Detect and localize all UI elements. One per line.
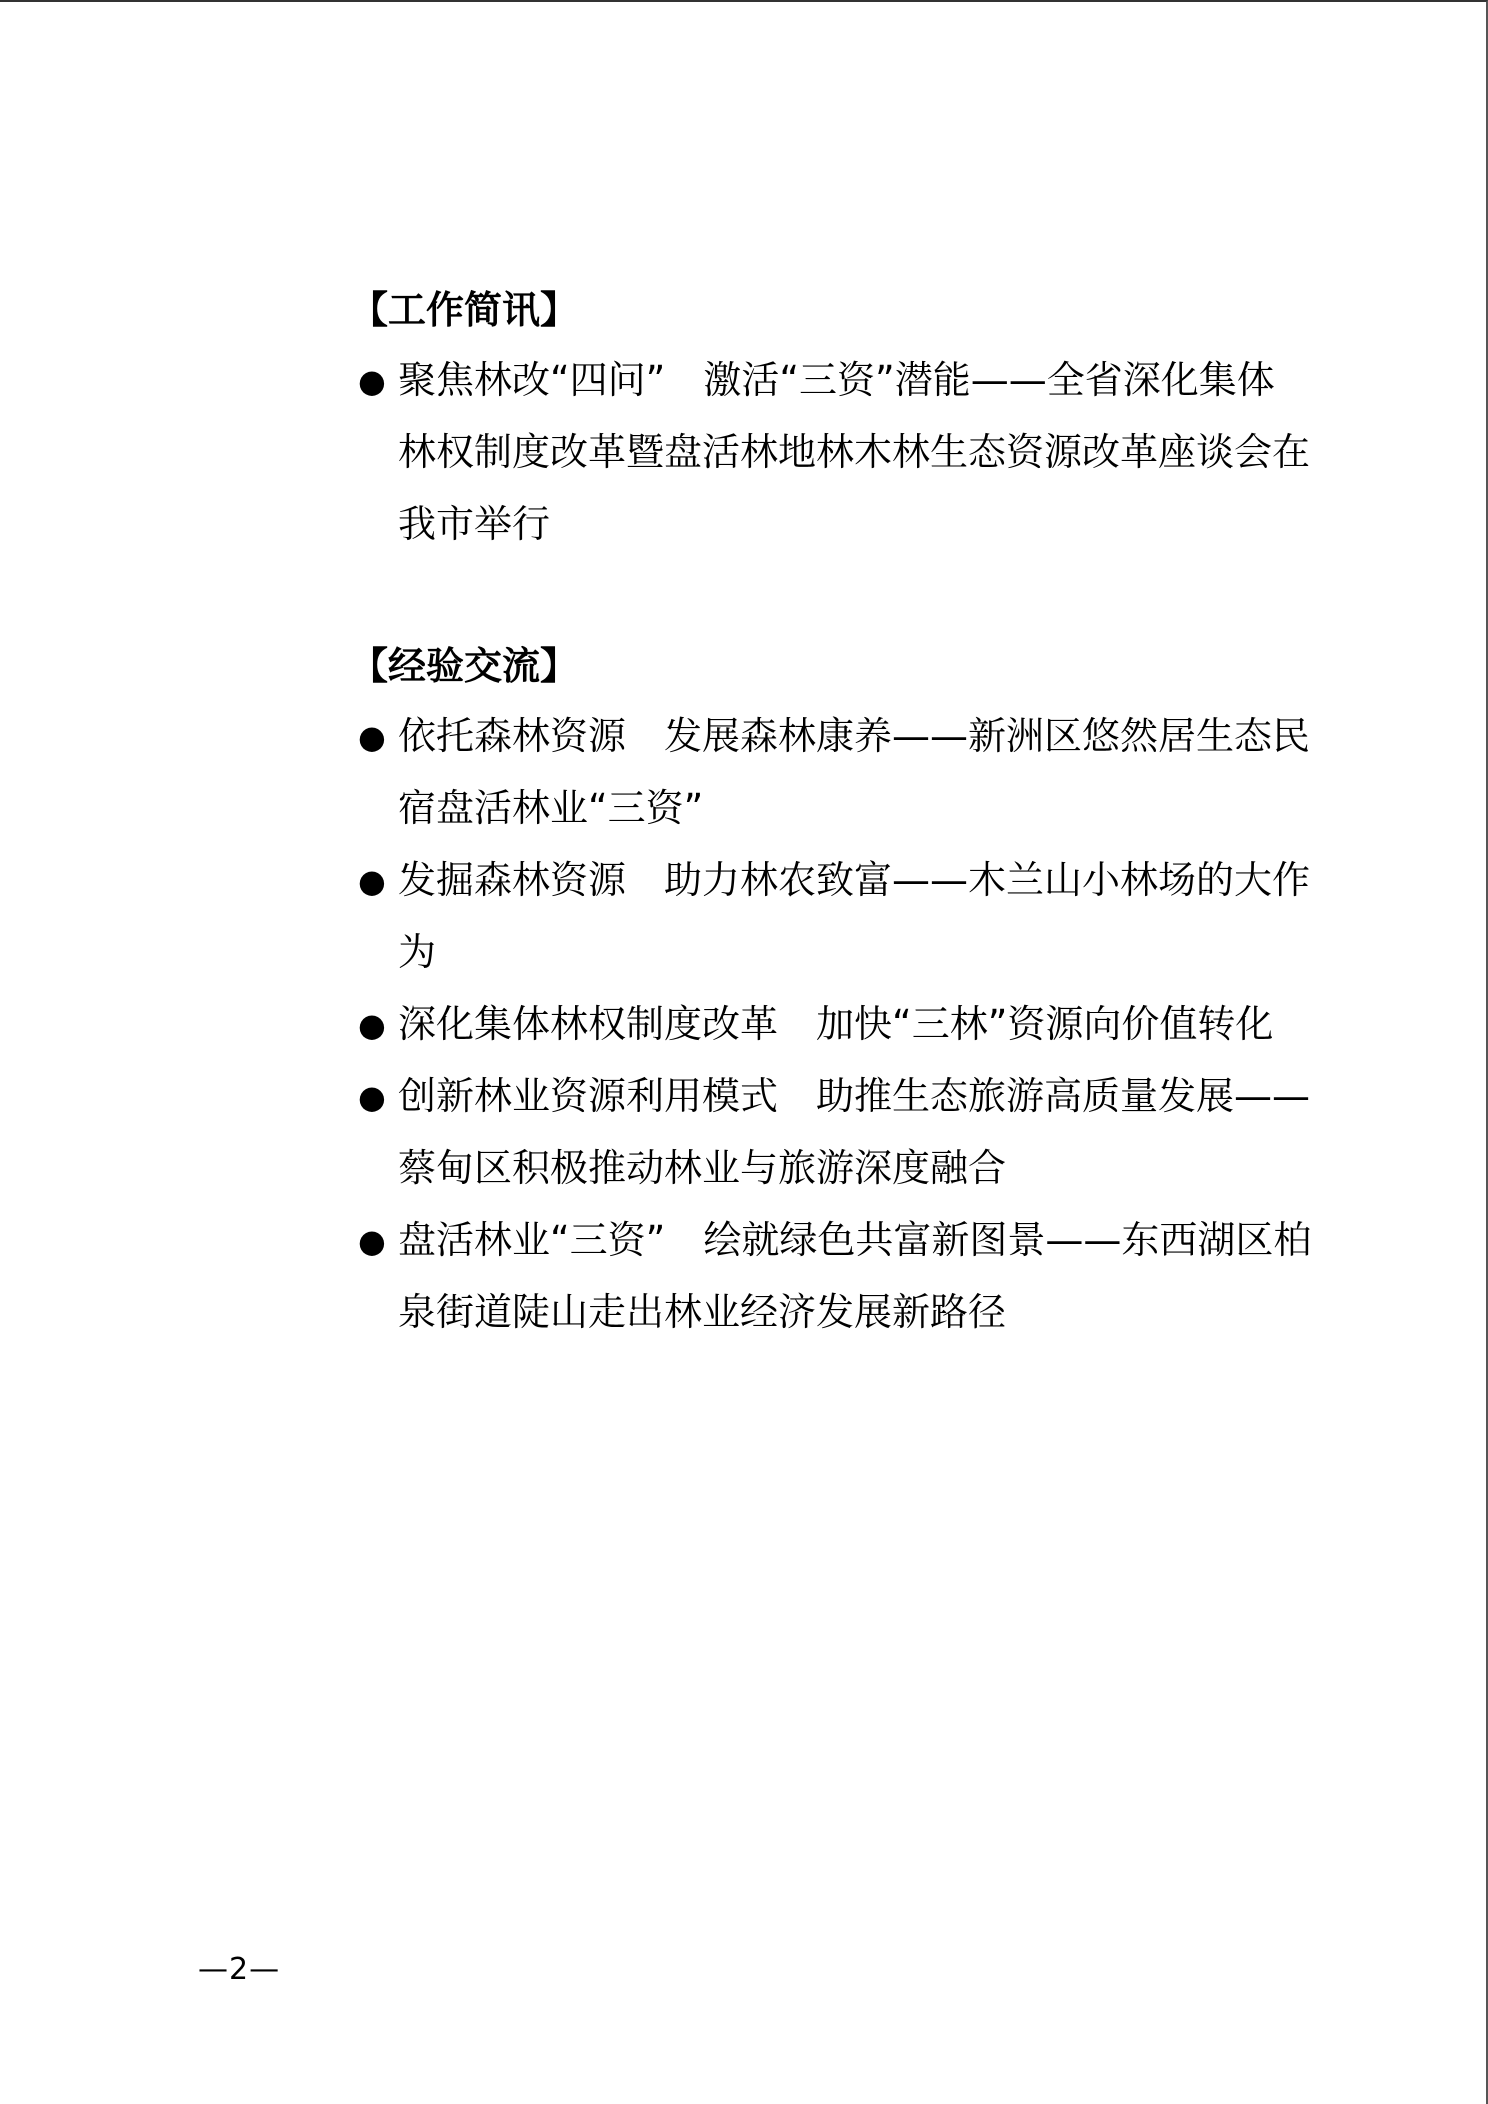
bullet-icon: ● xyxy=(358,700,386,774)
item-text: 创新林业资源利用模式 助推生态旅游高质量发展——蔡甸区积极推动林业与旅游深度融合 xyxy=(398,1074,1310,1190)
section-experience-exchange: 【经验交流】 ● 依托森林资源 发展森林康养——新洲区悠然居生态民宿盘活林业“三… xyxy=(352,634,1312,1348)
section-work-briefs: 【工作简讯】 ● 聚焦林改“四问” 激活“三资”潜能——全省深化集体林权制度改革… xyxy=(352,278,1312,560)
list-item: ● 深化集体林权制度改革 加快“三林”资源向价值转化 xyxy=(352,988,1312,1060)
bullet-icon: ● xyxy=(358,1060,386,1134)
page-number: —2— xyxy=(198,1950,280,1990)
bullet-icon: ● xyxy=(358,844,386,918)
item-text: 盘活林业“三资” 绘就绿色共富新图景——东西湖区柏泉街道陡山走出林业经济发展新路… xyxy=(398,1218,1311,1334)
list-item: ● 盘活林业“三资” 绘就绿色共富新图景——东西湖区柏泉街道陡山走出林业经济发展… xyxy=(352,1204,1312,1348)
bullet-icon: ● xyxy=(358,1204,386,1278)
item-text: 依托森林资源 发展森林康养——新洲区悠然居生态民宿盘活林业“三资” xyxy=(398,714,1310,830)
list-item: ● 依托森林资源 发展森林康养——新洲区悠然居生态民宿盘活林业“三资” xyxy=(352,700,1312,844)
table-of-contents: 【工作简讯】 ● 聚焦林改“四问” 激活“三资”潜能——全省深化集体林权制度改革… xyxy=(352,278,1312,1348)
item-text: 深化集体林权制度改革 加快“三林”资源向价值转化 xyxy=(398,1002,1273,1046)
item-text: 聚焦林改“四问” 激活“三资”潜能——全省深化集体林权制度改革暨盘活林地林木林生… xyxy=(398,358,1310,546)
spacer xyxy=(352,560,1312,634)
bullet-icon: ● xyxy=(358,988,386,1062)
bullet-icon: ● xyxy=(358,344,386,418)
list-item: ● 聚焦林改“四问” 激活“三资”潜能——全省深化集体林权制度改革暨盘活林地林木… xyxy=(352,344,1312,560)
section-title: 【经验交流】 xyxy=(350,634,1312,698)
section-title: 【工作简讯】 xyxy=(350,278,1312,342)
list-item: ● 创新林业资源利用模式 助推生态旅游高质量发展——蔡甸区积极推动林业与旅游深度… xyxy=(352,1060,1312,1204)
item-text: 发掘森林资源 助力林农致富——木兰山小林场的大作为 xyxy=(398,858,1310,974)
list-item: ● 发掘森林资源 助力林农致富——木兰山小林场的大作为 xyxy=(352,844,1312,988)
